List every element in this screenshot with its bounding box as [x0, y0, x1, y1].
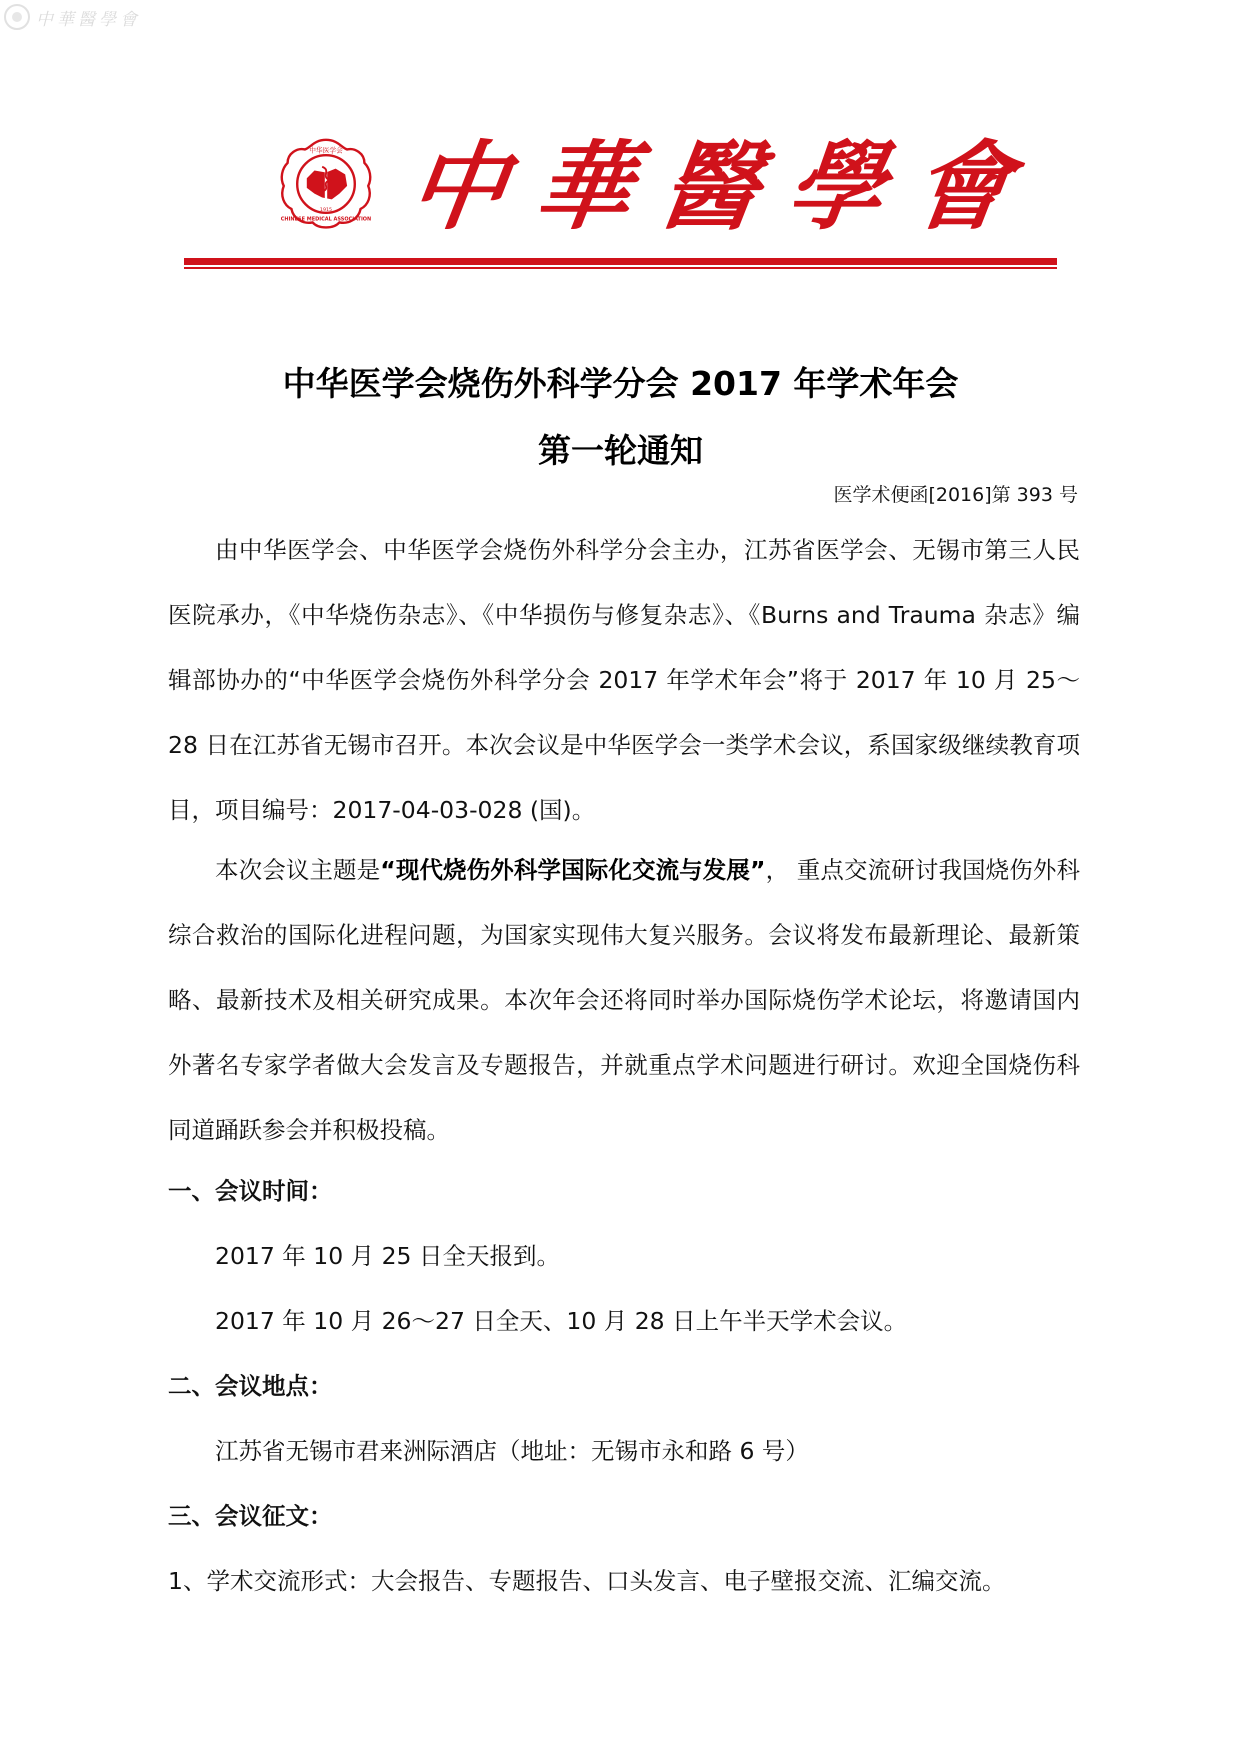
watermark-seal-icon — [4, 4, 30, 30]
document-number: 医学术便函[2016]第 393 号 — [833, 480, 1078, 507]
header-watermark: 中華醫學會 — [4, 4, 141, 30]
section-heading-submissions: 三、会议征文： — [168, 1497, 333, 1531]
svg-text:中华医学会: 中华医学会 — [309, 145, 343, 154]
schedule-line-sessions: 2017 年 10 月 26～27 日全天、10 月 28 日上午半天学术会议。 — [215, 1302, 907, 1336]
theme-suffix: ， 重点交流研讨我国烧伤外科综合救治的国际化进程问题，为国家实现伟大复兴服务。会… — [168, 856, 1080, 1144]
document-subtitle: 第一轮通知 — [0, 425, 1241, 472]
brand-calligraphy: 中華醫學會 — [401, 122, 1049, 252]
section-heading-time: 一、会议时间： — [168, 1172, 333, 1206]
masthead: 中华医学会 CHINESE MEDICAL ASSOCIATION 1915 中… — [180, 122, 1060, 272]
intro-paragraph: 由中华医学会、中华医学会烧伤外科学分会主办，江苏省医学会、无锡市第三人民医院承办… — [168, 518, 1080, 843]
header-rule-thin — [184, 267, 1057, 269]
svg-text:CHINESE MEDICAL ASSOCIATION: CHINESE MEDICAL ASSOCIATION — [281, 216, 371, 222]
document-title: 中华医学会烧伤外科学分会 2017 年学术年会 — [0, 358, 1241, 405]
venue-address: 江苏省无锡市君来洲际酒店（地址：无锡市永和路 6 号） — [215, 1432, 809, 1466]
watermark-text: 中華醫學會 — [36, 5, 141, 30]
section-heading-venue: 二、会议地点： — [168, 1367, 333, 1401]
cma-seal-icon: 中华医学会 CHINESE MEDICAL ASSOCIATION 1915 — [278, 136, 374, 232]
theme-paragraph: 本次会议主题是“现代烧伤外科学国际化交流与发展”， 重点交流研讨我国烧伤外科综合… — [168, 838, 1080, 1163]
theme-prefix: 本次会议主题是 — [215, 856, 380, 884]
svg-text:1915: 1915 — [320, 207, 332, 213]
submission-format-line: 1、学术交流形式：大会报告、专题报告、口头发言、电子壁报交流、汇编交流。 — [168, 1562, 1005, 1596]
conference-theme: “现代烧伤外科学国际化交流与发展” — [380, 856, 765, 884]
header-rule-thick — [184, 258, 1057, 265]
schedule-line-registration: 2017 年 10 月 25 日全天报到。 — [215, 1237, 560, 1271]
